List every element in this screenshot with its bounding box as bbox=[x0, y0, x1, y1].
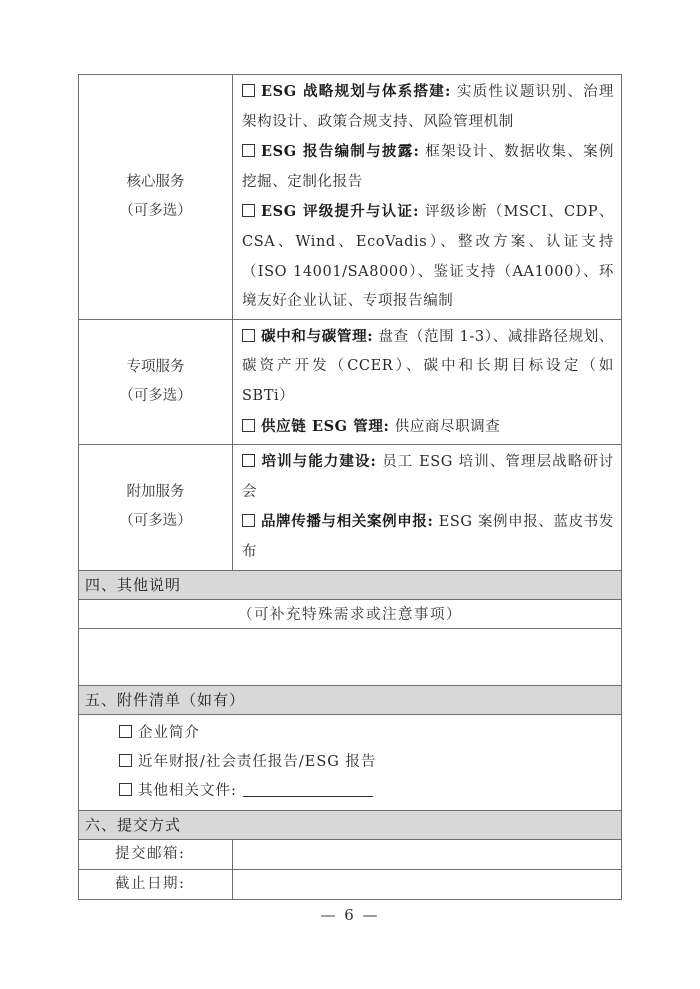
option-title: 品牌传播与相关案例申报: bbox=[261, 513, 433, 530]
attachment-other-files[interactable]: 其他相关文件: bbox=[119, 777, 621, 806]
attachment-reports[interactable]: 近年财报/社会责任报告/ESG 报告 bbox=[119, 748, 621, 777]
section-6-header-row: 六、提交方式 bbox=[79, 810, 622, 839]
checkbox-icon[interactable] bbox=[242, 419, 255, 432]
checkbox-icon[interactable] bbox=[242, 514, 255, 527]
additional-services-sublabel: （可多选） bbox=[79, 507, 232, 536]
other-files-input[interactable] bbox=[243, 780, 373, 797]
attachment-company-profile[interactable]: 企业简介 bbox=[119, 719, 621, 748]
checkbox-icon[interactable] bbox=[242, 204, 255, 217]
additional-services-label: 附加服务 bbox=[79, 478, 232, 507]
special-services-row: 专项服务 （可多选） 碳中和与碳管理: 盘查（范围 1-3）、减排路径规划、碳资… bbox=[79, 319, 622, 444]
option-supply-chain-esg[interactable]: 供应链 ESG 管理: 供应商尽职调查 bbox=[242, 412, 614, 443]
service-form-table: 核心服务 （可多选） ESG 战略规划与体系搭建: 实质性议题识别、治理架构设计… bbox=[78, 74, 622, 900]
core-services-label: 核心服务 bbox=[79, 168, 232, 197]
other-notes-input[interactable] bbox=[79, 628, 622, 685]
checkbox-icon[interactable] bbox=[242, 454, 255, 467]
option-title: 碳中和与碳管理: bbox=[261, 328, 373, 345]
core-services-sublabel: （可多选） bbox=[79, 197, 232, 226]
checkbox-icon[interactable] bbox=[119, 754, 132, 767]
option-esg-strategy[interactable]: ESG 战略规划与体系搭建: 实质性议题识别、治理架构设计、政策合规支持、风险管… bbox=[242, 77, 614, 137]
core-services-label-cell: 核心服务 （可多选） bbox=[79, 75, 233, 320]
option-carbon-management[interactable]: 碳中和与碳管理: 盘查（范围 1-3）、减排路径规划、碳资产开发（CCER）、碳… bbox=[242, 322, 614, 412]
section-4-note-row: （可补充特殊需求或注意事项） bbox=[79, 599, 622, 628]
attachments-list: 企业简介 近年财报/社会责任报告/ESG 报告 其他相关文件: bbox=[79, 714, 622, 810]
checkbox-icon[interactable] bbox=[119, 783, 132, 796]
option-title: ESG 战略规划与体系搭建: bbox=[261, 83, 451, 100]
submit-email-label: 提交邮箱: bbox=[79, 839, 233, 869]
option-title: 供应链 ESG 管理: bbox=[261, 418, 389, 435]
deadline-input[interactable] bbox=[233, 869, 622, 899]
special-services-options: 碳中和与碳管理: 盘查（范围 1-3）、减排路径规划、碳资产开发（CCER）、碳… bbox=[233, 319, 622, 444]
additional-services-row: 附加服务 （可多选） 培训与能力建设: 员工 ESG 培训、管理层战略研讨会 品… bbox=[79, 445, 622, 570]
additional-services-options: 培训与能力建设: 员工 ESG 培训、管理层战略研讨会 品牌传播与相关案例申报:… bbox=[233, 445, 622, 570]
page-number: — 6 — bbox=[0, 906, 700, 924]
submit-email-row: 提交邮箱: bbox=[79, 839, 622, 869]
option-desc: 供应商尽职调查 bbox=[395, 419, 501, 435]
additional-services-label-cell: 附加服务 （可多选） bbox=[79, 445, 233, 570]
special-services-label: 专项服务 bbox=[79, 353, 232, 382]
option-brand-communication[interactable]: 品牌传播与相关案例申报: ESG 案例申报、蓝皮书发布 bbox=[242, 507, 614, 567]
deadline-row: 截止日期: bbox=[79, 869, 622, 899]
special-services-label-cell: 专项服务 （可多选） bbox=[79, 319, 233, 444]
section-4-note: （可补充特殊需求或注意事项） bbox=[79, 599, 622, 628]
core-services-options: ESG 战略规划与体系搭建: 实质性议题识别、治理架构设计、政策合规支持、风险管… bbox=[233, 75, 622, 320]
option-title: 培训与能力建设: bbox=[261, 453, 377, 470]
section-5-header-row: 五、附件清单（如有） bbox=[79, 685, 622, 714]
section-4-title: 四、其他说明 bbox=[79, 570, 622, 599]
special-services-sublabel: （可多选） bbox=[79, 382, 232, 411]
option-title: ESG 评级提升与认证: bbox=[261, 203, 419, 220]
option-training[interactable]: 培训与能力建设: 员工 ESG 培训、管理层战略研讨会 bbox=[242, 447, 614, 507]
checkbox-icon[interactable] bbox=[242, 329, 255, 342]
section-4-input-row bbox=[79, 628, 622, 685]
attachment-label: 其他相关文件: bbox=[138, 783, 237, 799]
checkbox-icon[interactable] bbox=[119, 725, 132, 738]
section-4-header-row: 四、其他说明 bbox=[79, 570, 622, 599]
option-title: ESG 报告编制与披露: bbox=[261, 143, 419, 160]
option-esg-rating[interactable]: ESG 评级提升与认证: 评级诊断（MSCI、CDP、CSA、Wind、EcoV… bbox=[242, 197, 614, 316]
checkbox-icon[interactable] bbox=[242, 144, 255, 157]
checkbox-icon[interactable] bbox=[242, 84, 255, 97]
core-services-row: 核心服务 （可多选） ESG 战略规划与体系搭建: 实质性议题识别、治理架构设计… bbox=[79, 75, 622, 320]
attachment-label: 企业简介 bbox=[138, 725, 200, 741]
option-esg-report[interactable]: ESG 报告编制与披露: 框架设计、数据收集、案例挖掘、定制化报告 bbox=[242, 137, 614, 197]
deadline-label: 截止日期: bbox=[79, 869, 233, 899]
submit-email-input[interactable] bbox=[233, 839, 622, 869]
attachment-label: 近年财报/社会责任报告/ESG 报告 bbox=[138, 754, 376, 770]
attachments-row: 企业简介 近年财报/社会责任报告/ESG 报告 其他相关文件: bbox=[79, 714, 622, 810]
section-6-title: 六、提交方式 bbox=[79, 810, 622, 839]
section-5-title: 五、附件清单（如有） bbox=[79, 685, 622, 714]
